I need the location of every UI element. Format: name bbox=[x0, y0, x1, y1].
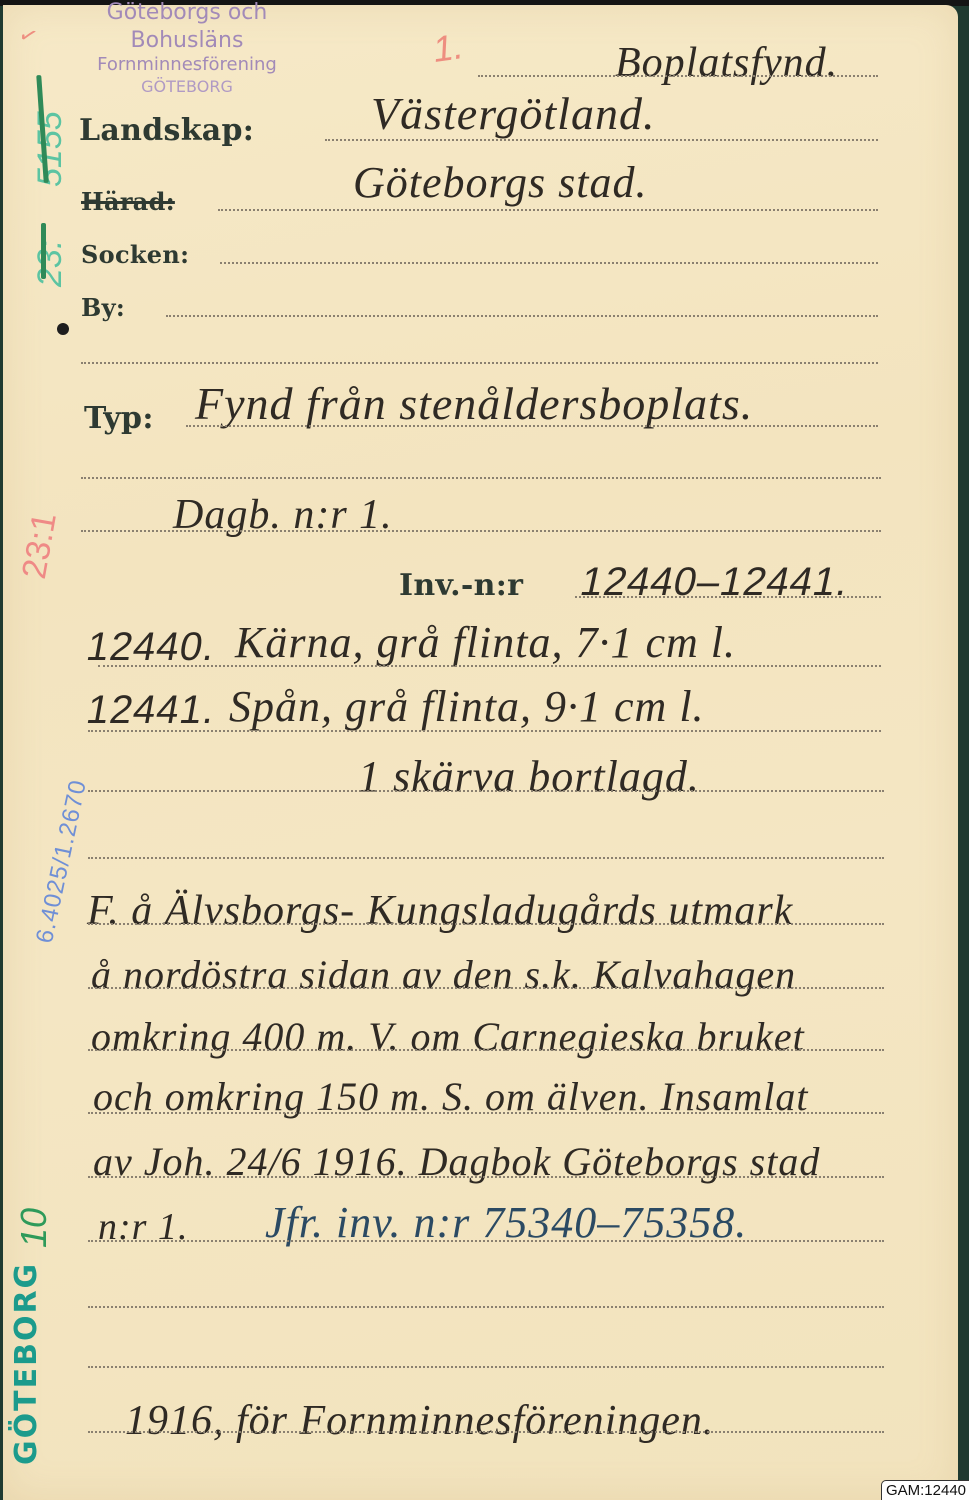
findspot-rule-2 bbox=[88, 987, 884, 989]
findspot-line-2: å nordöstra sidan av den s.k. Kalvahagen bbox=[91, 951, 796, 998]
blank-line-2 bbox=[81, 477, 881, 479]
findspot-rule-1 bbox=[88, 923, 884, 925]
dagbok-line bbox=[81, 530, 881, 532]
footer-note: 1916, för Fornminnesföreningen. bbox=[125, 1397, 714, 1445]
findspot-rule-5 bbox=[88, 1176, 884, 1178]
item-2-line bbox=[88, 730, 881, 732]
harad-label: Härad: bbox=[81, 187, 175, 216]
item-1-number: 12440. bbox=[83, 625, 219, 670]
red-pencil-annotation: 23:1 bbox=[15, 510, 65, 582]
blank-line-4 bbox=[88, 1306, 884, 1308]
stamp-line-4: GÖTEBORG bbox=[65, 77, 309, 97]
by-label: By: bbox=[81, 293, 125, 322]
item-2-description: Spån, grå flinta, 9·1 cm l. bbox=[229, 681, 705, 732]
inv-label: Inv.-n:r bbox=[399, 568, 523, 603]
blank-line-1 bbox=[81, 362, 878, 364]
findspot-rule-4 bbox=[88, 1112, 884, 1114]
blank-line-3 bbox=[88, 857, 884, 859]
society-stamp: Göteborgs och Bohusläns Fornminnesföreni… bbox=[65, 7, 309, 97]
stamp-line-1: Göteborgs och bbox=[65, 0, 309, 27]
blue-pencil-annotation: 6.4025/1.2670 bbox=[31, 777, 93, 946]
blank-line-5 bbox=[88, 1366, 884, 1368]
card-number-red: 1. bbox=[430, 25, 466, 71]
landskap-label: Landskap: bbox=[79, 113, 254, 148]
inv-line bbox=[575, 596, 881, 598]
item-2-number: 12441. bbox=[83, 688, 219, 733]
typ-line bbox=[186, 425, 878, 427]
harad-line bbox=[218, 209, 878, 211]
index-card: Göteborgs och Bohusläns Fornminnesföreni… bbox=[3, 5, 958, 1500]
items-note-line bbox=[88, 790, 884, 792]
inv-value: 12440–12441. bbox=[576, 560, 853, 605]
item-1-description: Kärna, grå flinta, 7·1 cm l. bbox=[235, 617, 736, 668]
socken-line bbox=[220, 262, 878, 264]
items-note: 1 skärva bortlagd. bbox=[358, 751, 700, 802]
by-line bbox=[166, 315, 878, 317]
catalog-tag: GAM:12440 bbox=[881, 1480, 969, 1500]
stamp-line-3: Fornminnesförening bbox=[65, 54, 309, 77]
socken-label: Socken: bbox=[81, 240, 189, 269]
harad-value: Göteborgs stad. bbox=[353, 157, 648, 208]
green-number-2: 23: bbox=[31, 240, 70, 287]
category-line bbox=[478, 75, 878, 77]
category-text: Boplatsfynd. bbox=[615, 39, 838, 87]
stamp-line-2: Bohusläns bbox=[65, 27, 309, 55]
green-number-bottom: 10 bbox=[13, 1208, 55, 1248]
item-1-line bbox=[98, 665, 881, 667]
green-strike-bar-2 bbox=[41, 223, 46, 279]
landskap-line bbox=[325, 139, 878, 141]
findspot-rule-3 bbox=[88, 1049, 884, 1051]
typ-value: Fynd från stenåldersboplats. bbox=[195, 377, 753, 430]
findspot-line-6: n:r 1. bbox=[98, 1205, 188, 1249]
goteborg-vertical-stamp: GÖTEBORG bbox=[9, 1262, 44, 1465]
findspot-line-3: omkring 400 m. V. om Carnegieska bruket bbox=[91, 1013, 805, 1060]
red-check-mark: ✓ bbox=[15, 21, 41, 52]
green-number-struck: 5155 bbox=[31, 111, 70, 187]
ink-blot bbox=[57, 323, 69, 335]
typ-label: Typ: bbox=[84, 401, 154, 436]
findspot-line-1: F. å Älvsborgs- Kungsladugårds utmark bbox=[87, 887, 793, 935]
landskap-value: Västergötland. bbox=[371, 87, 655, 140]
findspot-rule-6 bbox=[88, 1240, 884, 1242]
footer-line bbox=[88, 1431, 884, 1433]
